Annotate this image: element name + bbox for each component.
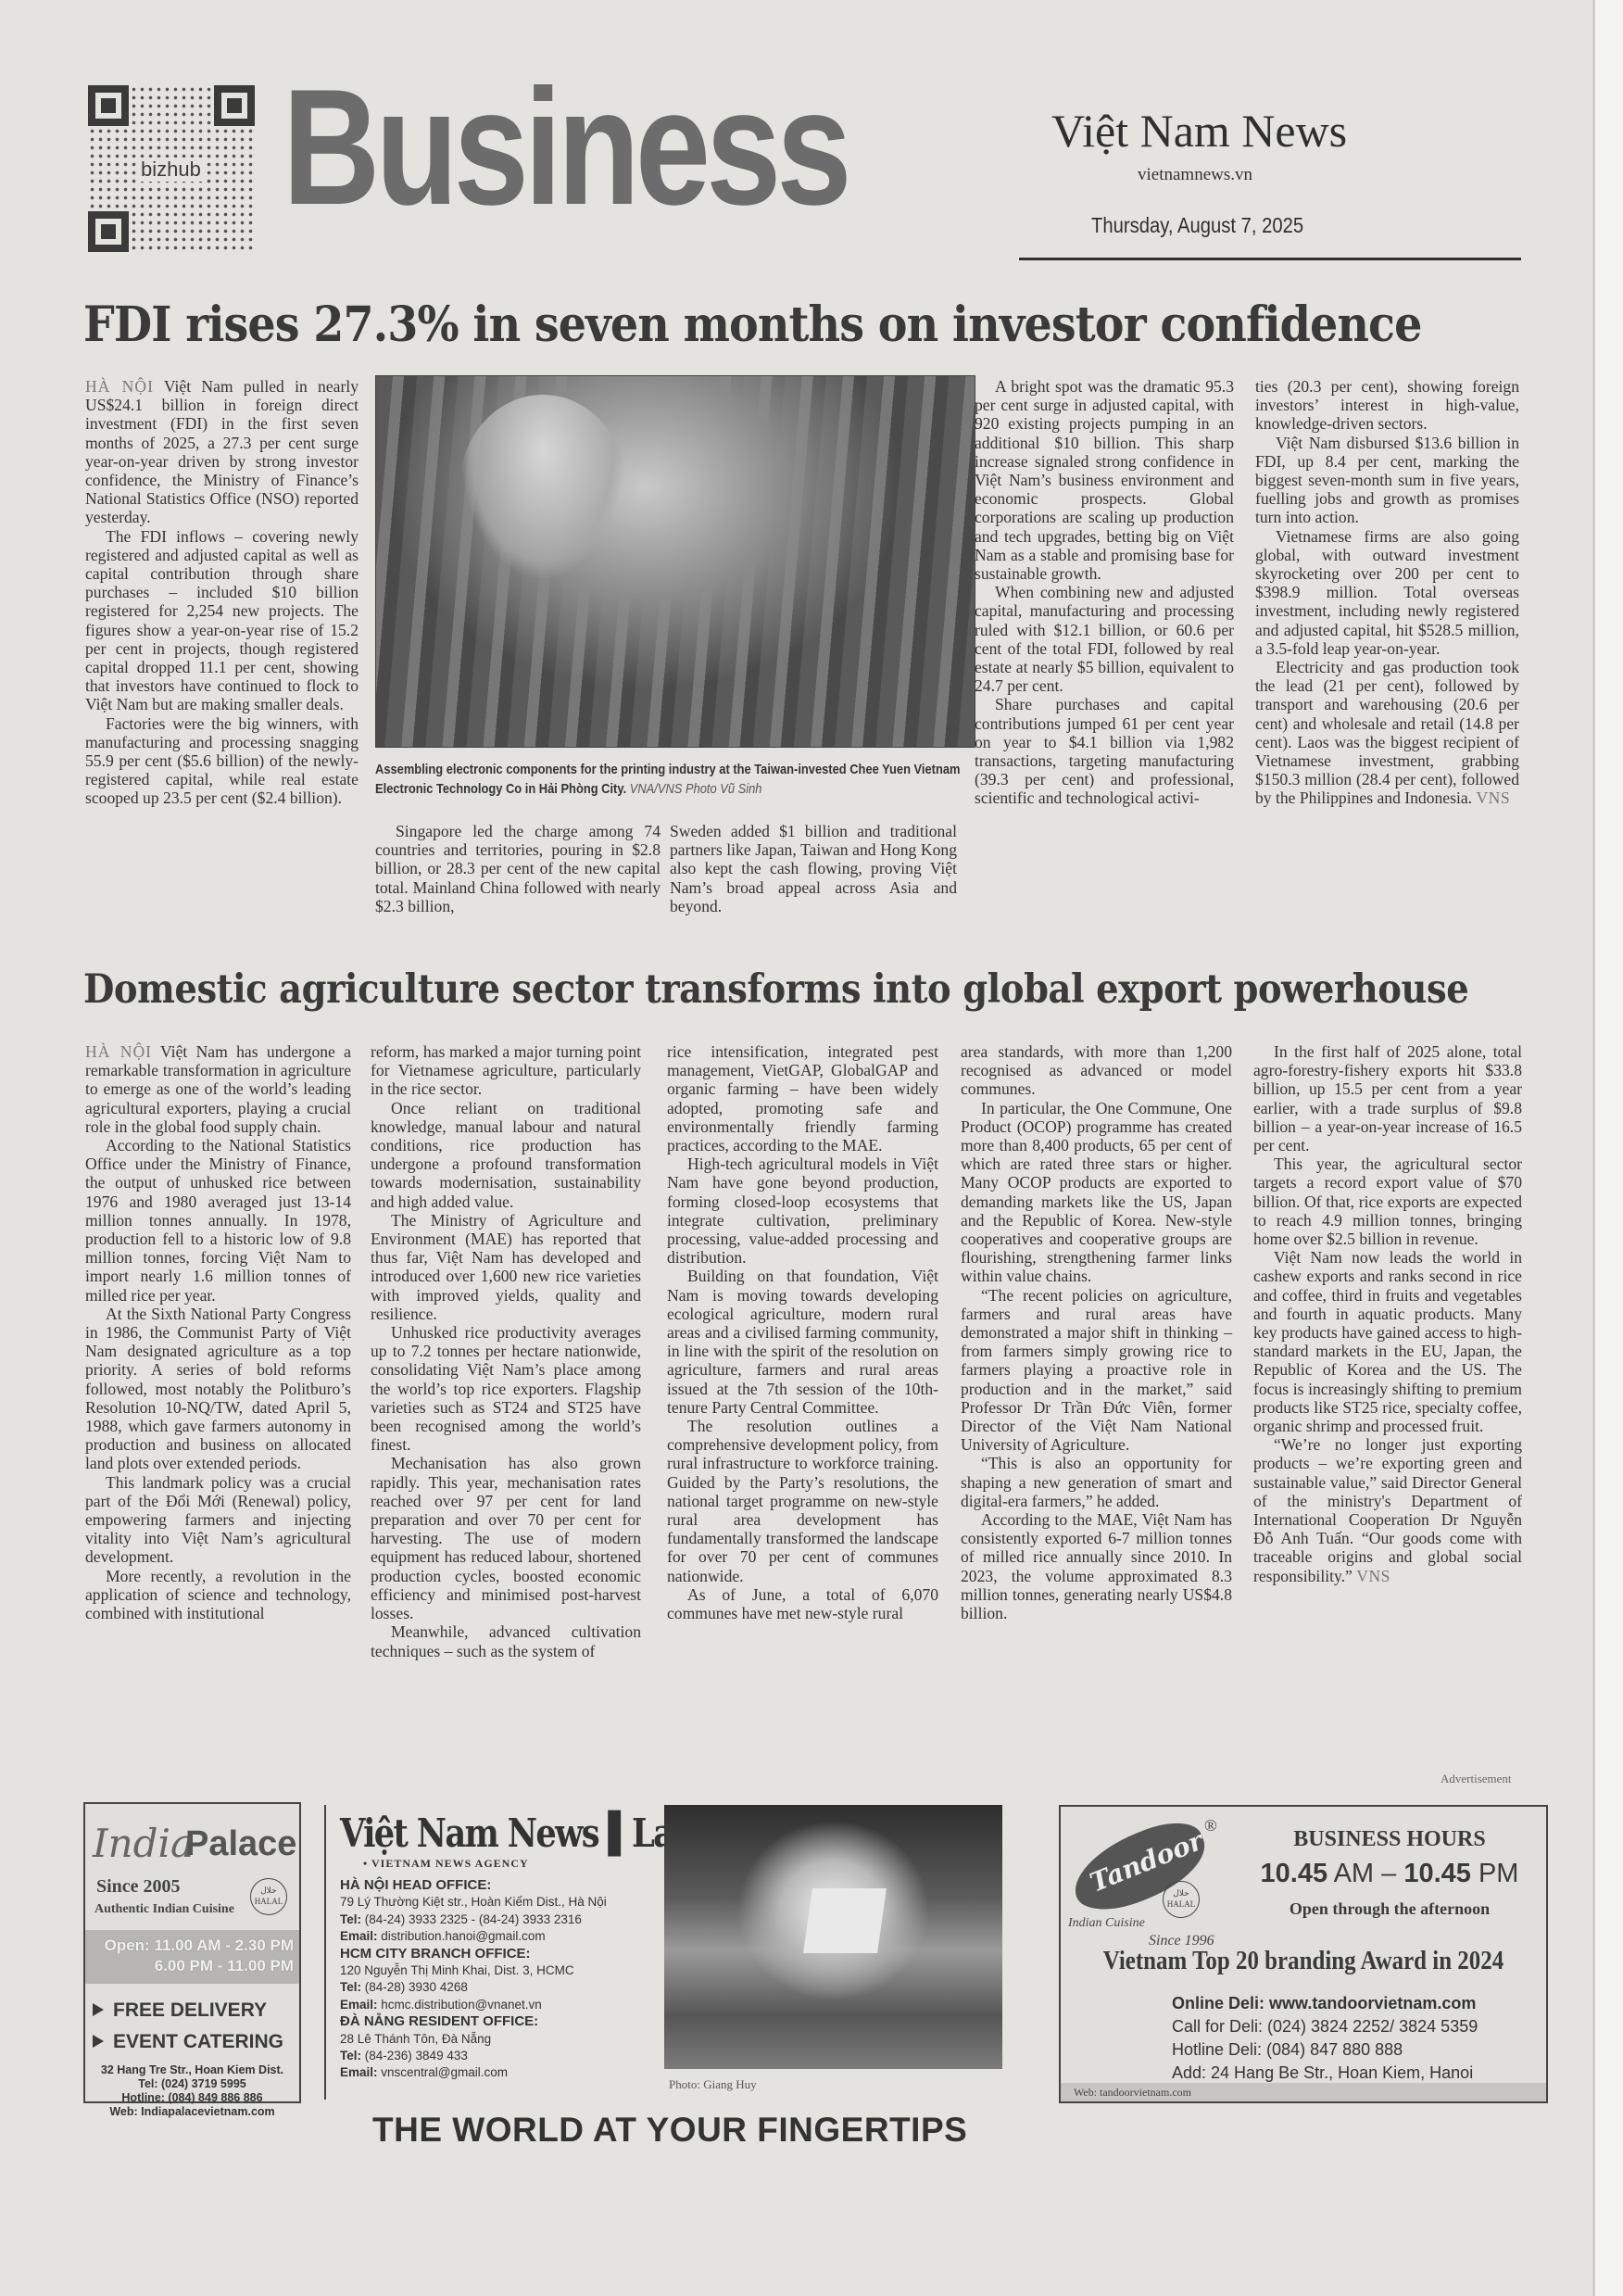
article1-paragraph: ties (20.3 per cent), showing foreign in…	[1255, 377, 1519, 434]
award-text: Vietnam Top 20 branding Award in 2024	[1095, 1946, 1513, 1976]
qr-finder-icon	[88, 85, 129, 126]
since-text: Since 2005	[96, 1876, 181, 1898]
qr-code[interactable]: bizhub	[88, 85, 255, 252]
article2-paragraph: More recently, a revolution in the appli…	[85, 1567, 351, 1623]
service-item: FREE DELIVERY	[93, 1995, 283, 2026]
article1-paragraph: Electricity and gas production took the …	[1255, 658, 1519, 808]
brand-name: Việt Nam News	[1051, 104, 1347, 158]
article2-paragraph: This year, the agricultural sector targe…	[1253, 1154, 1522, 1248]
article2-paragraph: Building on that foundation, Việt Nam is…	[667, 1267, 938, 1417]
article1-column-5: ties (20.3 per cent), showing foreign in…	[1255, 377, 1519, 808]
article2-paragraph: The resolution outlines a comprehensive …	[667, 1417, 938, 1585]
scan-margin	[1595, 0, 1623, 2296]
article2-paragraph: Unhusked rice productivity averages up t…	[371, 1323, 641, 1454]
article2-paragraph: Meanwhile, advanced cultivation techniqu…	[371, 1622, 641, 1659]
article2-paragraph: In the first half of 2025 alone, total a…	[1253, 1042, 1522, 1154]
business-hours: 10.45 AM – 10.45 PM	[1241, 1859, 1538, 1889]
signoff: VNS	[1356, 1567, 1390, 1585]
article2-paragraph: Việt Nam now leads the world in cashew e…	[1253, 1248, 1522, 1435]
hotline-deli[interactable]: Hotline Deli: (084) 847 880 888	[1172, 2038, 1478, 2062]
article2-paragraph: As of June, a total of 6,070 communes ha…	[667, 1585, 938, 1622]
article1-column-1: HÀ NỘI Việt Nam pulled in nearly US$24.1…	[85, 377, 359, 808]
address: Add: 24 Hang Be Str., Hoan Kiem, Hanoi	[1172, 2062, 1478, 2085]
tagline: Authentic Indian Cuisine	[94, 1902, 234, 1917]
article2-paragraph: Mechanisation has also grown rapidly. Th…	[371, 1454, 641, 1622]
qr-label: bizhub	[138, 158, 204, 182]
article2-paragraph: High-tech agricultural models in Việt Na…	[667, 1154, 938, 1267]
article2-paragraph: reform, has marked a major turning point…	[371, 1042, 641, 1099]
qr-finder-icon	[88, 211, 129, 252]
article2-column-3: rice intensification, integrated pest ma…	[667, 1042, 938, 1622]
online-deli-link[interactable]: Online Deli: www.tandoorvietnam.com	[1172, 1992, 1478, 2015]
article1-paragraph: HÀ NỘI Việt Nam pulled in nearly US$24.1…	[85, 377, 359, 527]
phone[interactable]: Tel: (024) 3719 5995	[85, 2077, 299, 2091]
issue-date: Thursday, August 7, 2025	[1091, 213, 1303, 238]
slogan: THE WORLD AT YOUR FINGERTIPS	[372, 2111, 967, 2150]
article2-paragraph: This landmark policy was a crucial part …	[85, 1473, 351, 1567]
article2-paragraph: “The recent policies on agriculture, far…	[961, 1286, 1232, 1455]
article2-paragraph: “We’re no longer just exporting products…	[1253, 1435, 1522, 1585]
photo-caption: Assembling electronic components for the…	[375, 760, 988, 799]
vnnews-law-logo: Việt Nam News ▌Law	[340, 1810, 699, 1856]
article2-paragraph: According to the National Statistics Off…	[85, 1136, 351, 1305]
reader-newspaper-photo	[664, 1805, 1002, 2069]
office-list: HÀ NỘI HEAD OFFICE: 79 Lý Thường Kiệt st…	[340, 1877, 673, 2082]
website-link[interactable]: Web: Indiapalacevietnam.com	[85, 2105, 299, 2119]
article1-column-3: Sweden added $1 billion and traditional …	[670, 822, 957, 915]
office-hcmc: HCM CITY BRANCH OFFICE: 120 Nguyễn Thị M…	[340, 1946, 673, 2014]
opening-hours: Open: 11.00 AM - 2.30 PM 6.00 PM - 11.00…	[85, 1930, 299, 1984]
article2-column-1: HÀ NỘI Việt Nam has undergone a remarkab…	[85, 1042, 351, 1622]
article1-paragraph: Vietnamese firms are also going global, …	[1255, 527, 1519, 658]
article1-column-2: Singapore led the charge among 74 countr…	[375, 822, 661, 915]
hotline[interactable]: Hotline: (084) 849 886 886	[85, 2091, 299, 2105]
article1-paragraph: When combining new and adjusted capital,…	[975, 583, 1234, 695]
article2-paragraph: The Ministry of Agriculture and Environm…	[371, 1211, 641, 1323]
service-item: EVENT CATERING	[93, 2026, 283, 2058]
triangle-bullet-icon	[93, 2035, 104, 2048]
signoff: VNS	[1476, 788, 1510, 807]
contact-info: 32 Hang Tre Str., Hoan Kiem Dist. Tel: (…	[85, 2063, 299, 2119]
tandoor-ad[interactable]: Tandoor ® حلالHALAL Indian Cuisine Since…	[1059, 1805, 1548, 2103]
halal-icon: حلالHALAL	[1163, 1881, 1200, 1918]
india-palace-logo-bold: Palace	[185, 1824, 296, 1864]
article1-paragraph: Singapore led the charge among 74 countr…	[375, 822, 661, 915]
agency-name: • VIETNAM NEWS AGENCY	[363, 1857, 529, 1871]
section-title: Business	[283, 65, 848, 230]
article2-headline: Domestic agriculture sector transforms i…	[83, 970, 1468, 1010]
advertisement-label: Advertisement	[1441, 1772, 1512, 1786]
india-palace-ad[interactable]: India Palace Since 2005 Authentic Indian…	[83, 1802, 301, 2103]
article2-paragraph: rice intensification, integrated pest ma…	[667, 1042, 938, 1154]
registered-icon: ®	[1204, 1816, 1217, 1836]
article2-paragraph: At the Sixth National Party Congress in …	[85, 1305, 351, 1473]
article2-column-2: reform, has marked a major turning point…	[371, 1042, 641, 1660]
dateline: HÀ NỘI	[85, 1042, 152, 1061]
article2-column-4: area standards, with more than 1,200 rec…	[961, 1042, 1232, 1622]
article2-paragraph: HÀ NỘI Việt Nam has undergone a remarkab…	[85, 1042, 351, 1136]
article2-paragraph: area standards, with more than 1,200 rec…	[961, 1042, 1232, 1099]
dateline: HÀ NỘI	[85, 377, 154, 396]
factory-photo	[375, 375, 975, 748]
photo-credit: Photo: Giang Huy	[669, 2077, 757, 2092]
article2-paragraph: In particular, the One Commune, One Prod…	[961, 1099, 1232, 1286]
services-list: FREE DELIVERY EVENT CATERING	[93, 1995, 283, 2058]
article1-column-4: A bright spot was the dramatic 95.3 per …	[975, 377, 1234, 808]
brand-url[interactable]: vietnamnews.vn	[1138, 165, 1252, 185]
article1-paragraph: Factories were the big winners, with man…	[85, 714, 359, 808]
triangle-bullet-icon	[93, 2003, 104, 2016]
article1-paragraph: Việt Nam disbursed $13.6 billion in FDI,…	[1255, 434, 1519, 527]
article2-paragraph: “This is also an opportunity for shaping…	[961, 1454, 1232, 1510]
article1-paragraph: Sweden added $1 billion and traditional …	[670, 822, 957, 915]
halal-icon: حلالHALAL	[250, 1878, 287, 1915]
email-link[interactable]: vnscentral@gmail.com	[381, 2065, 508, 2079]
email-link[interactable]: hcmc.distribution@vnanet.vn	[381, 1998, 542, 2012]
article1-headline: FDI rises 27.3% in seven months on inves…	[83, 301, 1421, 349]
article1-paragraph: The FDI inflows – covering newly registe…	[85, 527, 359, 714]
website-link[interactable]: Web: tandoorvietnam.com	[1061, 2083, 1546, 2101]
article1-paragraph: Share purchases and capital contribution…	[975, 695, 1234, 807]
open-note: Open through the afternoon	[1241, 1899, 1538, 1919]
cuisine-label: Indian Cuisine	[1068, 1916, 1145, 1931]
article2-paragraph: According to the MAE, Việt Nam has consi…	[961, 1510, 1232, 1622]
vnnews-law-ad[interactable]: Việt Nam News ▌Law • VIETNAM NEWS AGENCY…	[324, 1805, 1014, 2100]
article2-column-5: In the first half of 2025 alone, total a…	[1253, 1042, 1522, 1585]
masthead-divider	[1019, 258, 1521, 260]
qr-finder-icon	[214, 85, 255, 126]
delivery-info: Online Deli: www.tandoorvietnam.com Call…	[1172, 1992, 1478, 2085]
office-danang: ĐÀ NẴNG RESIDENT OFFICE: 28 Lê Thánh Tôn…	[340, 2013, 673, 2082]
photo-credit: VNA/VNS Photo Vũ Sinh	[630, 781, 762, 797]
address: 32 Hang Tre Str., Hoan Kiem Dist.	[85, 2063, 299, 2077]
office-hanoi: HÀ NỘI HEAD OFFICE: 79 Lý Thường Kiệt st…	[340, 1877, 673, 1946]
email-link[interactable]: distribution.hanoi@gmail.com	[381, 1929, 545, 1943]
article1-paragraph: A bright spot was the dramatic 95.3 per …	[975, 377, 1234, 583]
business-hours-title: BUSINESS HOURS	[1241, 1827, 1538, 1852]
newspaper-page: bizhub Business Việt Nam News vietnamnew…	[0, 0, 1595, 2296]
india-palace-logo-script: India	[93, 1821, 194, 1866]
call-deli[interactable]: Call for Deli: (024) 3824 2252/ 3824 535…	[1172, 2015, 1478, 2038]
article2-paragraph: Once reliant on traditional knowledge, m…	[371, 1099, 641, 1211]
